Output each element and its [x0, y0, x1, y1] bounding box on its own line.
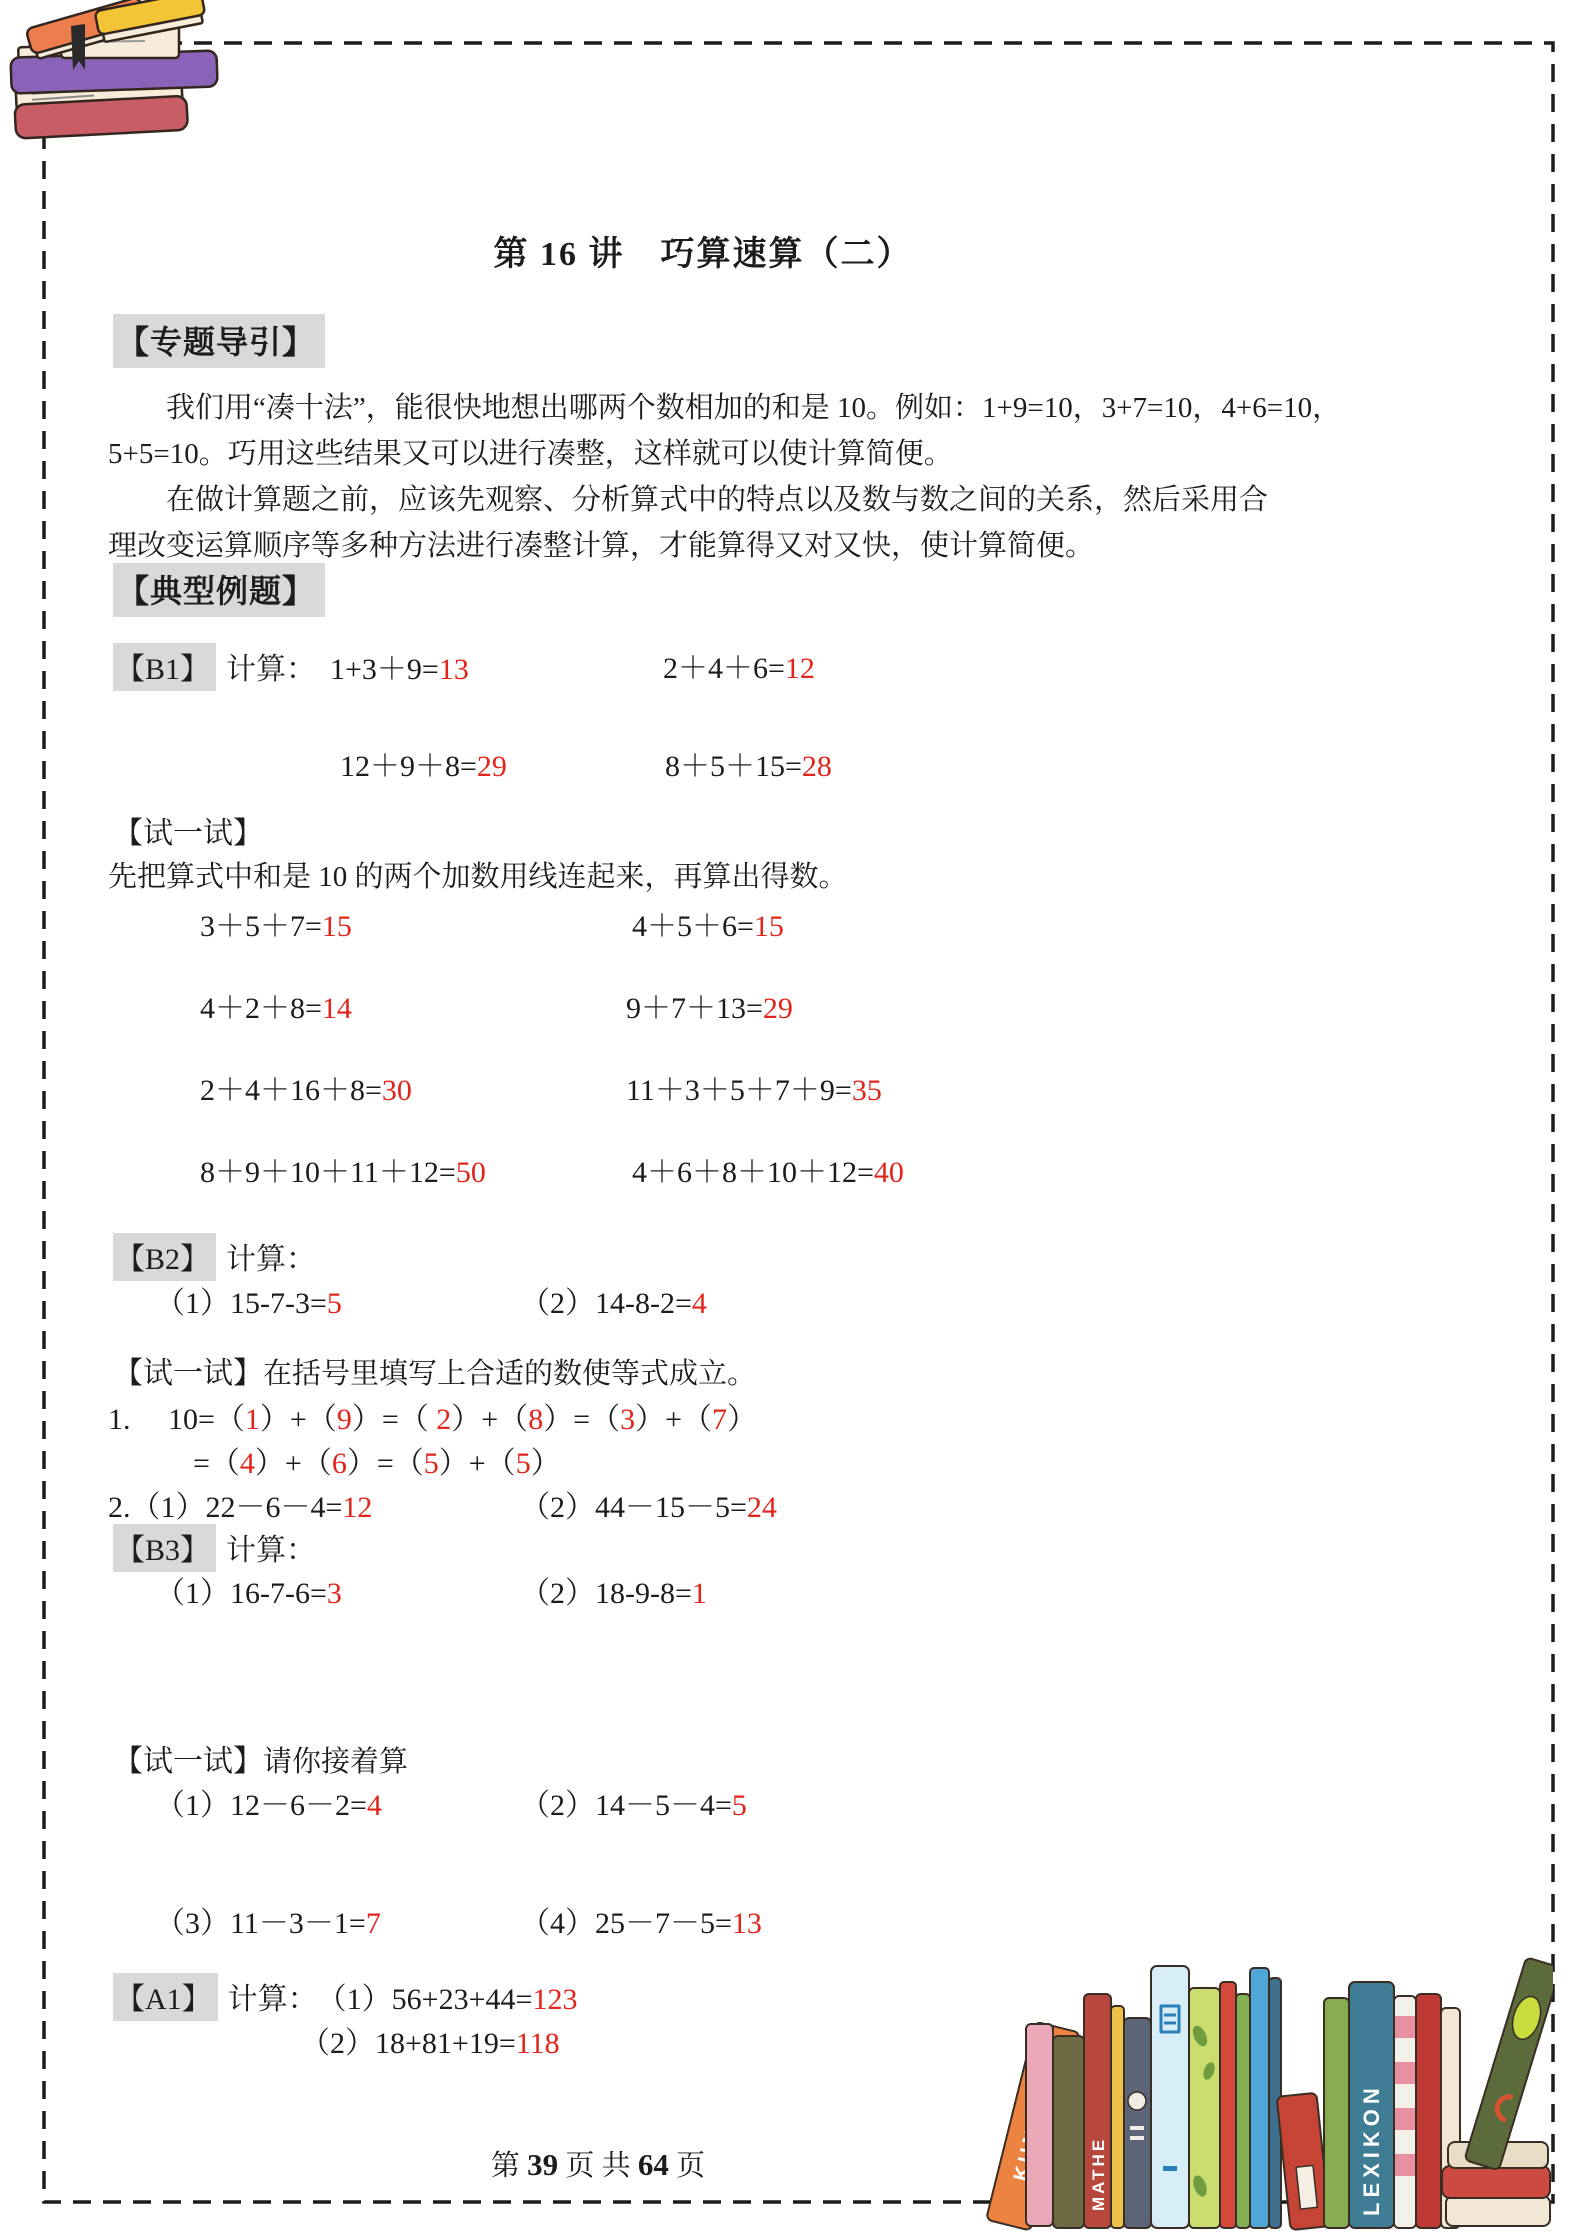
equation-expression: 3＋5＋7= — [200, 910, 322, 943]
try-instruction: 在括号里填写上合适的数使等式成立。 — [263, 1358, 756, 1390]
bookshelf-illustration: KUN MATHE — [978, 1866, 1553, 2237]
equation-expression: （1）12－6－2= — [155, 1789, 367, 1822]
red-book — [1220, 1982, 1236, 2228]
try-label: 【试一试】 — [113, 1357, 263, 1390]
equation-answer: 29 — [477, 750, 507, 783]
equation: 2＋4＋6=12 — [663, 643, 815, 687]
equation: 4＋5＋6=15 — [632, 901, 784, 945]
fill-blank-line: =（4）+（6）=（5）+（5） — [193, 1438, 561, 1482]
striped-book — [1394, 1996, 1416, 2228]
equation: （1）56+23+44=123 — [332, 1983, 578, 2016]
equation-expression: 9＋7＋13= — [626, 992, 763, 1025]
equation: （2）18+81+19=118 — [300, 2027, 560, 2060]
equation-expression: 4＋6＋8＋10＋12= — [632, 1156, 874, 1189]
problem-a1-head: 【A1】计算：（1）56+23+44=123 — [113, 1973, 577, 2021]
equation-answer: 28 — [802, 750, 832, 783]
equation-answer: 24 — [747, 1491, 777, 1524]
equation: 1+3＋9=13 — [330, 653, 469, 686]
equation-expression: （3）11－3－1= — [155, 1907, 366, 1940]
section-label-examples: 【典型例题】 — [113, 563, 325, 617]
fill-blank-line: 1. 10=（1）+（9）=（ 2）+（8）=（3）+（7） — [108, 1394, 757, 1438]
problem-tag-b2: 【B2】 — [113, 1233, 216, 1281]
try2-head: 【试一试】在括号里填写上合适的数使等式成立。 — [113, 1348, 756, 1392]
tall-red-book — [1416, 1994, 1441, 2228]
tall-green-book — [1324, 1998, 1349, 2228]
equation: （2）14-8-2=4 — [520, 1278, 707, 1322]
equation-answer: 4 — [367, 1789, 382, 1822]
equation-expression: （1）56+23+44= — [332, 1983, 533, 2016]
light-blue-book — [1151, 1966, 1189, 2228]
equation-expression: 12＋9＋8= — [340, 750, 477, 783]
equation: 4＋2＋8=14 — [200, 983, 352, 1027]
book-stack-illustration — [5, 0, 255, 145]
svg-text:LEXIKON: LEXIKON — [1359, 2083, 1384, 2216]
equation: 8＋9＋10＋11＋12=50 — [200, 1147, 486, 1191]
equation: （1）15-7-3=5 — [155, 1278, 342, 1322]
yellow-book — [1111, 2006, 1124, 2228]
equation-expression: （2）18+81+19= — [300, 2027, 516, 2060]
equation-expression: 8＋9＋10＋11＋12= — [200, 1156, 456, 1189]
equation-expression: 11＋3＋5＋7＋9= — [626, 1074, 852, 1107]
short-red-book — [1277, 2093, 1331, 2230]
problem-a1-row2: （2）18+81+19=118 — [300, 2018, 560, 2062]
equation-expression: 4＋5＋6= — [632, 910, 754, 943]
equation-answer: 15 — [754, 910, 784, 943]
equation-expression: 2.（1）22－6－4= — [108, 1491, 342, 1524]
page-title: 第 16 讲 巧算速算（二） — [108, 226, 1298, 275]
olive-book — [1053, 2036, 1084, 2228]
equation-answer: 12 — [342, 1491, 372, 1524]
footer-page-indicator: 第 39 页 共 64 页 — [108, 2143, 1088, 2184]
footer-page-number: 39 — [527, 2147, 558, 2182]
intro-paragraph-line: 理改变运算顺序等多种方法进行凑整计算，才能算得又对又快，使计算简便。 — [108, 523, 1488, 564]
equation: （1）12－6－2=4 — [155, 1780, 382, 1824]
equation: （1）16-7-6=3 — [155, 1568, 342, 1612]
try-label: 【试一试】 — [113, 1745, 263, 1778]
green-book — [1236, 1994, 1250, 2228]
problem-prompt: 计算： — [226, 1243, 316, 1276]
equation-answer: 29 — [763, 992, 793, 1025]
equation: 8＋5＋15=28 — [665, 741, 832, 785]
equation: 2＋4＋16＋8=30 — [200, 1065, 412, 1109]
problem-tag-b3: 【B3】 — [113, 1524, 216, 1572]
blue-book — [1250, 1968, 1269, 2228]
leaning-olive-book — [1464, 1957, 1553, 2170]
mathe-book: MATHE — [1084, 1994, 1111, 2228]
worksheet-page: 第 16 讲 巧算速算（二） 【专题导引】 我们用“凑十法”，能很快地想出哪两个… — [0, 0, 1580, 2237]
equation-answer: 13 — [732, 1907, 762, 1940]
equation-answer: 4 — [692, 1287, 707, 1320]
equation-answer: 15 — [322, 910, 352, 943]
pink-book — [1026, 2024, 1053, 2226]
equation-expression: （2）14－5－4= — [520, 1789, 732, 1822]
try-title: 请你接着算 — [263, 1746, 408, 1778]
problem-tag-b1: 【B1】 — [113, 643, 216, 691]
intro-paragraph-line: 我们用“凑十法”，能很快地想出哪两个数相加的和是 10。例如：1+9=10，3+… — [108, 385, 1488, 426]
lexikon-book: LEXIKON — [1349, 1982, 1394, 2228]
footer-text: 页 共 — [558, 2150, 638, 2182]
equation-answer: 118 — [516, 2027, 560, 2060]
equation: （2）44－15－5=24 — [520, 1482, 777, 1526]
equation-expression: （2）44－15－5= — [520, 1491, 747, 1524]
problem-prompt: 计算： — [226, 653, 316, 686]
problem-tag-a1: 【A1】 — [113, 1973, 218, 2021]
intro-paragraph-line: 5+5=10。巧用这些结果又可以进行凑整，这样就可以使计算简便。 — [108, 431, 1488, 472]
problem-prompt: 计算： — [228, 1983, 318, 2016]
equation: （3）11－3－1=7 — [155, 1898, 381, 1942]
equation-answer: 35 — [852, 1074, 882, 1107]
equation-answer: 1 — [692, 1577, 707, 1610]
equation: 4＋6＋8＋10＋12=40 — [632, 1147, 904, 1191]
equation-answer: 40 — [874, 1156, 904, 1189]
equation: 3＋5＋7=15 — [200, 901, 352, 945]
equation-answer: 50 — [456, 1156, 486, 1189]
equation-expression: （4）25－7－5= — [520, 1907, 732, 1940]
equation: （4）25－7－5=13 — [520, 1898, 762, 1942]
problem-b3-head: 【B3】计算： — [113, 1524, 330, 1572]
equation-answer: 14 — [322, 992, 352, 1025]
equation-answer: 3 — [327, 1577, 342, 1610]
footer-total-pages: 64 — [638, 2147, 669, 2182]
equation-expression: （1）16-7-6= — [155, 1577, 327, 1610]
equation-answer: 30 — [382, 1074, 412, 1107]
equation-answer: 13 — [439, 653, 469, 686]
try-instruction: 先把算式中和是 10 的两个加数用线连起来，再算出得数。 — [108, 854, 848, 895]
equation: 11＋3＋5＋7＋9=35 — [626, 1065, 882, 1109]
equation: （2）14－5－4=5 — [520, 1780, 747, 1824]
footer-text: 页 — [669, 2150, 705, 2182]
equation-expression: （1）15-7-3= — [155, 1287, 327, 1320]
equation-answer: 12 — [785, 652, 815, 685]
equation-answer: 5 — [732, 1789, 747, 1822]
problem-prompt: 计算： — [226, 1534, 316, 1567]
equation-expression: （2）14-8-2= — [520, 1287, 692, 1320]
equation-expression: 1+3＋9= — [330, 653, 439, 686]
equation-answer: 7 — [366, 1907, 381, 1940]
equation-expression: 4＋2＋8= — [200, 992, 322, 1025]
svg-text:MATHE: MATHE — [1089, 2137, 1108, 2211]
equation: 9＋7＋13=29 — [626, 983, 793, 1027]
equation-expression: 2＋4＋6= — [663, 652, 785, 685]
equation-expression: （2）18-9-8= — [520, 1577, 692, 1610]
equation-answer: 123 — [532, 1983, 577, 2016]
equation-expression: 8＋5＋15= — [665, 750, 802, 783]
problem-b1-row1: 【B1】计算：1+3＋9=13 2＋4＋6=12 — [113, 643, 1473, 691]
lime-book — [1189, 1988, 1220, 2228]
equation: 12＋9＋8=29 — [340, 741, 507, 785]
equation-expression: 2＋4＋16＋8= — [200, 1074, 382, 1107]
try3-head: 【试一试】请你接着算 — [113, 1736, 408, 1780]
intro-paragraph-line: 在做计算题之前，应该先观察、分析算式中的特点以及数与数之间的关系，然后采用合 — [108, 477, 1488, 518]
equation: （2）18-9-8=1 — [520, 1568, 707, 1612]
slate-book — [1124, 2018, 1151, 2228]
section-label-intro: 【专题导引】 — [113, 314, 325, 368]
equation: 2.（1）22－6－4=12 — [108, 1482, 372, 1526]
footer-text: 第 — [491, 2150, 527, 2182]
problem-b2-head: 【B2】计算： — [113, 1233, 330, 1281]
equation-answer: 5 — [327, 1287, 342, 1320]
try-label: 【试一试】 — [113, 808, 263, 852]
